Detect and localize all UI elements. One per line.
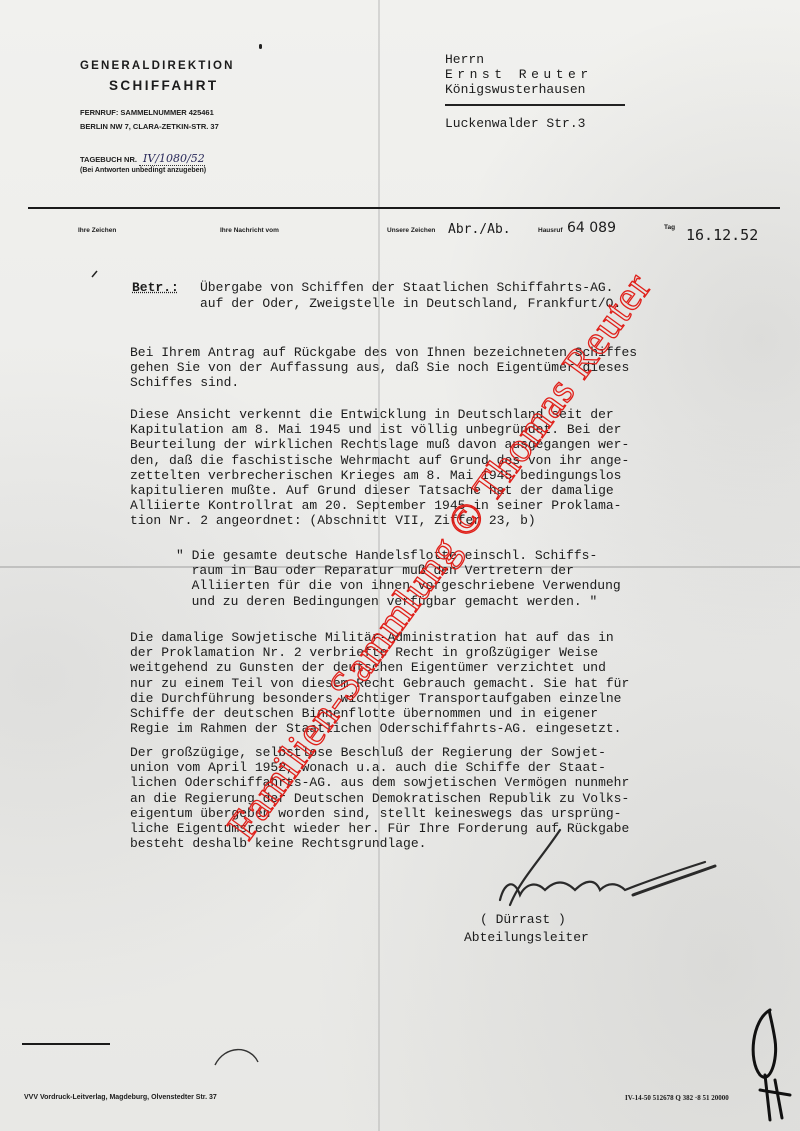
- letterhead-address: BERLIN NW 7, CLARA-ZETKIN-STR. 37: [80, 122, 219, 131]
- letterhead-org-line1: GENERALDIREKTION: [80, 60, 235, 72]
- subject-label: Betr.:: [132, 280, 179, 295]
- signatory-title: Abteilungsleiter: [464, 930, 589, 945]
- recipient-block: Herrn Ernst Reuter Königswusterhausen: [445, 52, 593, 97]
- recipient-divider: [445, 104, 625, 106]
- unsere-zeichen-label: Unsere Zeichen: [387, 227, 435, 234]
- letter-page: GENERALDIREKTION SCHIFFAHRT FERNRUF: SAM…: [0, 0, 800, 1131]
- footer-printer: VVV Vordruck-Leitverlag, Magdeburg, Olve…: [24, 1094, 217, 1101]
- tagebuch-label: TAGEBUCH NR.: [80, 155, 137, 164]
- signatory-name: ( Dürrast ): [480, 912, 566, 927]
- tag-value: 16.12.52: [686, 226, 758, 244]
- arc-mark: [215, 1050, 258, 1065]
- footer-rule: [22, 1043, 110, 1045]
- letterhead-org-line2: SCHIFFAHRT: [109, 78, 219, 93]
- tagebuch-note: (Bei Antworten unbedingt anzugeben): [80, 167, 206, 174]
- ihre-nachricht-label: Ihre Nachricht vom: [220, 227, 279, 234]
- hausruf-value: 64 089: [567, 220, 616, 236]
- tagebuch-value: IV/1080/52: [139, 152, 205, 166]
- footer-form-code: IV-14-50 512678 Q 382 ·8 51 20000: [625, 1094, 729, 1102]
- recipient-street: Luckenwalder Str.3: [445, 116, 585, 131]
- ihre-zeichen-label: Ihre Zeichen: [78, 227, 116, 234]
- recipient-name: Ernst Reuter: [445, 67, 593, 82]
- ink-dot: [259, 44, 262, 49]
- body-paragraph-4: Der großzügige, selbstlose Beschluß der …: [130, 745, 629, 851]
- tag-label: Tag: [664, 224, 675, 231]
- subject-text: Übergabe von Schiffen der Staatlichen Sc…: [200, 280, 621, 312]
- initials-icon: [753, 1010, 790, 1120]
- letterhead-phone: FERNRUF: SAMMELNUMMER 425461: [80, 108, 214, 117]
- hausruf-label: Hausruf: [538, 227, 563, 234]
- unsere-zeichen-value: Abr./Ab.: [448, 222, 511, 237]
- header-rule: [28, 207, 780, 209]
- tagebuch-field: TAGEBUCH NR. IV/1080/52: [80, 152, 205, 166]
- tick-mark: [92, 271, 97, 277]
- recipient-salutation: Herrn: [445, 52, 593, 67]
- recipient-city: Königswusterhausen: [445, 82, 593, 97]
